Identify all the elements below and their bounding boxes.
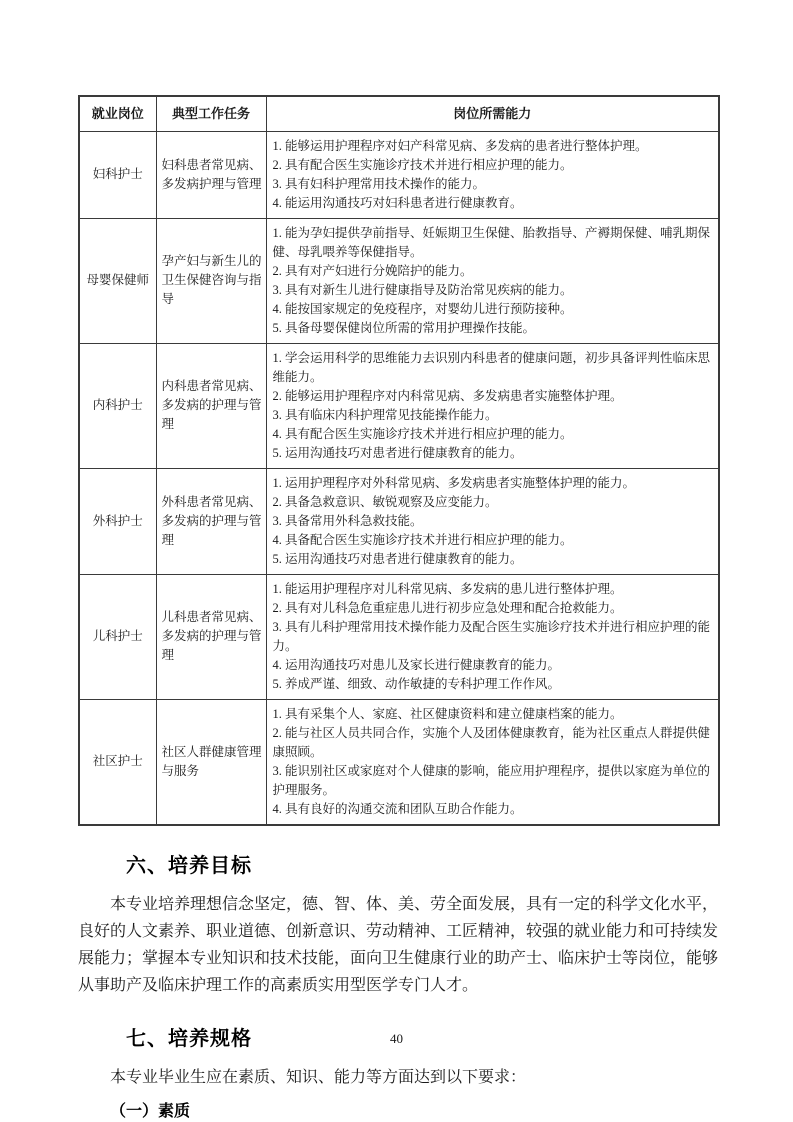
ability-item: 4. 能运用沟通技巧对妇科患者进行健康教育。 bbox=[273, 194, 715, 213]
ability-item: 1. 能够运用护理程序对妇产科常见病、多发病的患者进行整体护理。 bbox=[273, 137, 715, 156]
position-cell: 母婴保健师 bbox=[79, 218, 156, 343]
ability-item: 1. 具有采集个人、家庭、社区健康资料和建立健康档案的能力。 bbox=[273, 705, 715, 724]
ability-item: 3. 具有儿科护理常用技术操作能力及配合医生实施诊疗技术并进行相应护理的能力。 bbox=[273, 618, 715, 656]
ability-item: 4. 能按国家规定的免疫程序，对婴幼儿进行预防接种。 bbox=[273, 300, 715, 319]
training-objectives-paragraph: 本专业培养理想信念坚定，德、智、体、美、劳全面发展，具有一定的科学文化水平，良好… bbox=[78, 891, 718, 999]
page-number: 40 bbox=[0, 1031, 793, 1047]
ability-item: 1. 学会运用科学的思维能力去识别内科患者的健康问题，初步具备评判性临床思维能力… bbox=[273, 349, 715, 387]
position-cell: 妇科护士 bbox=[79, 131, 156, 218]
header-typical-task: 典型工作任务 bbox=[156, 96, 266, 131]
table-body: 妇科护士 妇科患者常见病、多发病护理与管理 1. 能够运用护理程序对妇产科常见病… bbox=[79, 131, 719, 825]
header-required-ability: 岗位所需能力 bbox=[266, 96, 719, 131]
ability-item: 1. 运用护理程序对外科常见病、多发病患者实施整体护理的能力。 bbox=[273, 474, 715, 493]
table-row: 妇科护士 妇科患者常见病、多发病护理与管理 1. 能够运用护理程序对妇产科常见病… bbox=[79, 131, 719, 218]
abilities-cell: 1. 运用护理程序对外科常见病、多发病患者实施整体护理的能力。2. 具备急救意识… bbox=[266, 468, 719, 574]
abilities-cell: 1. 具有采集个人、家庭、社区健康资料和建立健康档案的能力。2. 能与社区人员共… bbox=[266, 699, 719, 825]
abilities-cell: 1. 能为孕妇提供孕前指导、妊娠期卫生保健、胎教指导、产褥期保健、哺乳期保健、母… bbox=[266, 218, 719, 343]
ability-item: 3. 具有对新生儿进行健康指导及防治常见疾病的能力。 bbox=[273, 281, 715, 300]
jobs-table: 就业岗位 典型工作任务 岗位所需能力 妇科护士 妇科患者常见病、多发病护理与管理… bbox=[78, 95, 720, 826]
abilities-cell: 1. 学会运用科学的思维能力去识别内科患者的健康问题，初步具备评判性临床思维能力… bbox=[266, 343, 719, 468]
task-cell: 社区人群健康管理与服务 bbox=[156, 699, 266, 825]
table-row: 外科护士 外科患者常见病、多发病的护理与管理 1. 运用护理程序对外科常见病、多… bbox=[79, 468, 719, 574]
header-employment-position: 就业岗位 bbox=[79, 96, 156, 131]
ability-item: 2. 具有对儿科急危重症患儿进行初步应急处理和配合抢救能力。 bbox=[273, 599, 715, 618]
ability-item: 3. 具有临床内科护理常见技能操作能力。 bbox=[273, 406, 715, 425]
abilities-cell: 1. 能够运用护理程序对妇产科常见病、多发病的患者进行整体护理。2. 具有配合医… bbox=[266, 131, 719, 218]
ability-item: 4. 具有良好的沟通交流和团队互助合作能力。 bbox=[273, 800, 715, 819]
ability-item: 2. 能够运用护理程序对内科常见病、多发病患者实施整体护理。 bbox=[273, 387, 715, 406]
ability-item: 1. 能运用护理程序对儿科常见病、多发病的患儿进行整体护理。 bbox=[273, 580, 715, 599]
table-header-row: 就业岗位 典型工作任务 岗位所需能力 bbox=[79, 96, 719, 131]
ability-item: 2. 具有配合医生实施诊疗技术并进行相应护理的能力。 bbox=[273, 156, 715, 175]
position-cell: 外科护士 bbox=[79, 468, 156, 574]
task-cell: 外科患者常见病、多发病的护理与管理 bbox=[156, 468, 266, 574]
ability-item: 5. 运用沟通技巧对患者进行健康教育的能力。 bbox=[273, 550, 715, 569]
document-page: 就业岗位 典型工作任务 岗位所需能力 妇科护士 妇科患者常见病、多发病护理与管理… bbox=[0, 0, 793, 1122]
training-specifications-paragraph: 本专业毕业生应在素质、知识、能力等方面达到以下要求： bbox=[78, 1064, 718, 1091]
ability-item: 4. 运用沟通技巧对患儿及家长进行健康教育的能力。 bbox=[273, 656, 715, 675]
ability-item: 2. 具备急救意识、敏锐观察及应变能力。 bbox=[273, 493, 715, 512]
ability-item: 1. 能为孕妇提供孕前指导、妊娠期卫生保健、胎教指导、产褥期保健、哺乳期保健、母… bbox=[273, 224, 715, 262]
ability-item: 5. 养成严谨、细致、动作敏捷的专科护理工作作风。 bbox=[273, 675, 715, 694]
table-row: 母婴保健师 孕产妇与新生儿的卫生保健咨询与指导 1. 能为孕妇提供孕前指导、妊娠… bbox=[79, 218, 719, 343]
task-cell: 儿科患者常见病、多发病的护理与管理 bbox=[156, 574, 266, 699]
ability-item: 4. 具备配合医生实施诊疗技术并进行相应护理的能力。 bbox=[273, 531, 715, 550]
task-cell: 妇科患者常见病、多发病护理与管理 bbox=[156, 131, 266, 218]
table-row: 内科护士 内科患者常见病、多发病的护理与管理 1. 学会运用科学的思维能力去识别… bbox=[79, 343, 719, 468]
page-content: 就业岗位 典型工作任务 岗位所需能力 妇科护士 妇科患者常见病、多发病护理与管理… bbox=[78, 95, 718, 1122]
abilities-cell: 1. 能运用护理程序对儿科常见病、多发病的患儿进行整体护理。2. 具有对儿科急危… bbox=[266, 574, 719, 699]
position-cell: 儿科护士 bbox=[79, 574, 156, 699]
position-cell: 内科护士 bbox=[79, 343, 156, 468]
ability-item: 5. 运用沟通技巧对患者进行健康教育的能力。 bbox=[273, 444, 715, 463]
task-cell: 孕产妇与新生儿的卫生保健咨询与指导 bbox=[156, 218, 266, 343]
ability-item: 5. 具备母婴保健岗位所需的常用护理操作技能。 bbox=[273, 319, 715, 338]
ability-item: 3. 能识别社区或家庭对个人健康的影响，能应用护理程序，提供以家庭为单位的护理服… bbox=[273, 762, 715, 800]
task-cell: 内科患者常见病、多发病的护理与管理 bbox=[156, 343, 266, 468]
section-heading-training-objectives: 六、培养目标 bbox=[78, 849, 718, 878]
position-cell: 社区护士 bbox=[79, 699, 156, 825]
ability-item: 2. 具有对产妇进行分娩陪护的能力。 bbox=[273, 262, 715, 281]
ability-item: 3. 具有妇科护理常用技术操作的能力。 bbox=[273, 175, 715, 194]
table-row: 社区护士 社区人群健康管理与服务 1. 具有采集个人、家庭、社区健康资料和建立健… bbox=[79, 699, 719, 825]
ability-item: 3. 具备常用外科急救技能。 bbox=[273, 512, 715, 531]
table-row: 儿科护士 儿科患者常见病、多发病的护理与管理 1. 能运用护理程序对儿科常见病、… bbox=[79, 574, 719, 699]
ability-item: 2. 能与社区人员共同合作，实施个人及团体健康教育，能为社区重点人群提供健康照顾… bbox=[273, 724, 715, 762]
subsection-heading-quality: （一）素质 bbox=[78, 1098, 718, 1122]
ability-item: 4. 具有配合医生实施诊疗技术并进行相应护理的能力。 bbox=[273, 425, 715, 444]
